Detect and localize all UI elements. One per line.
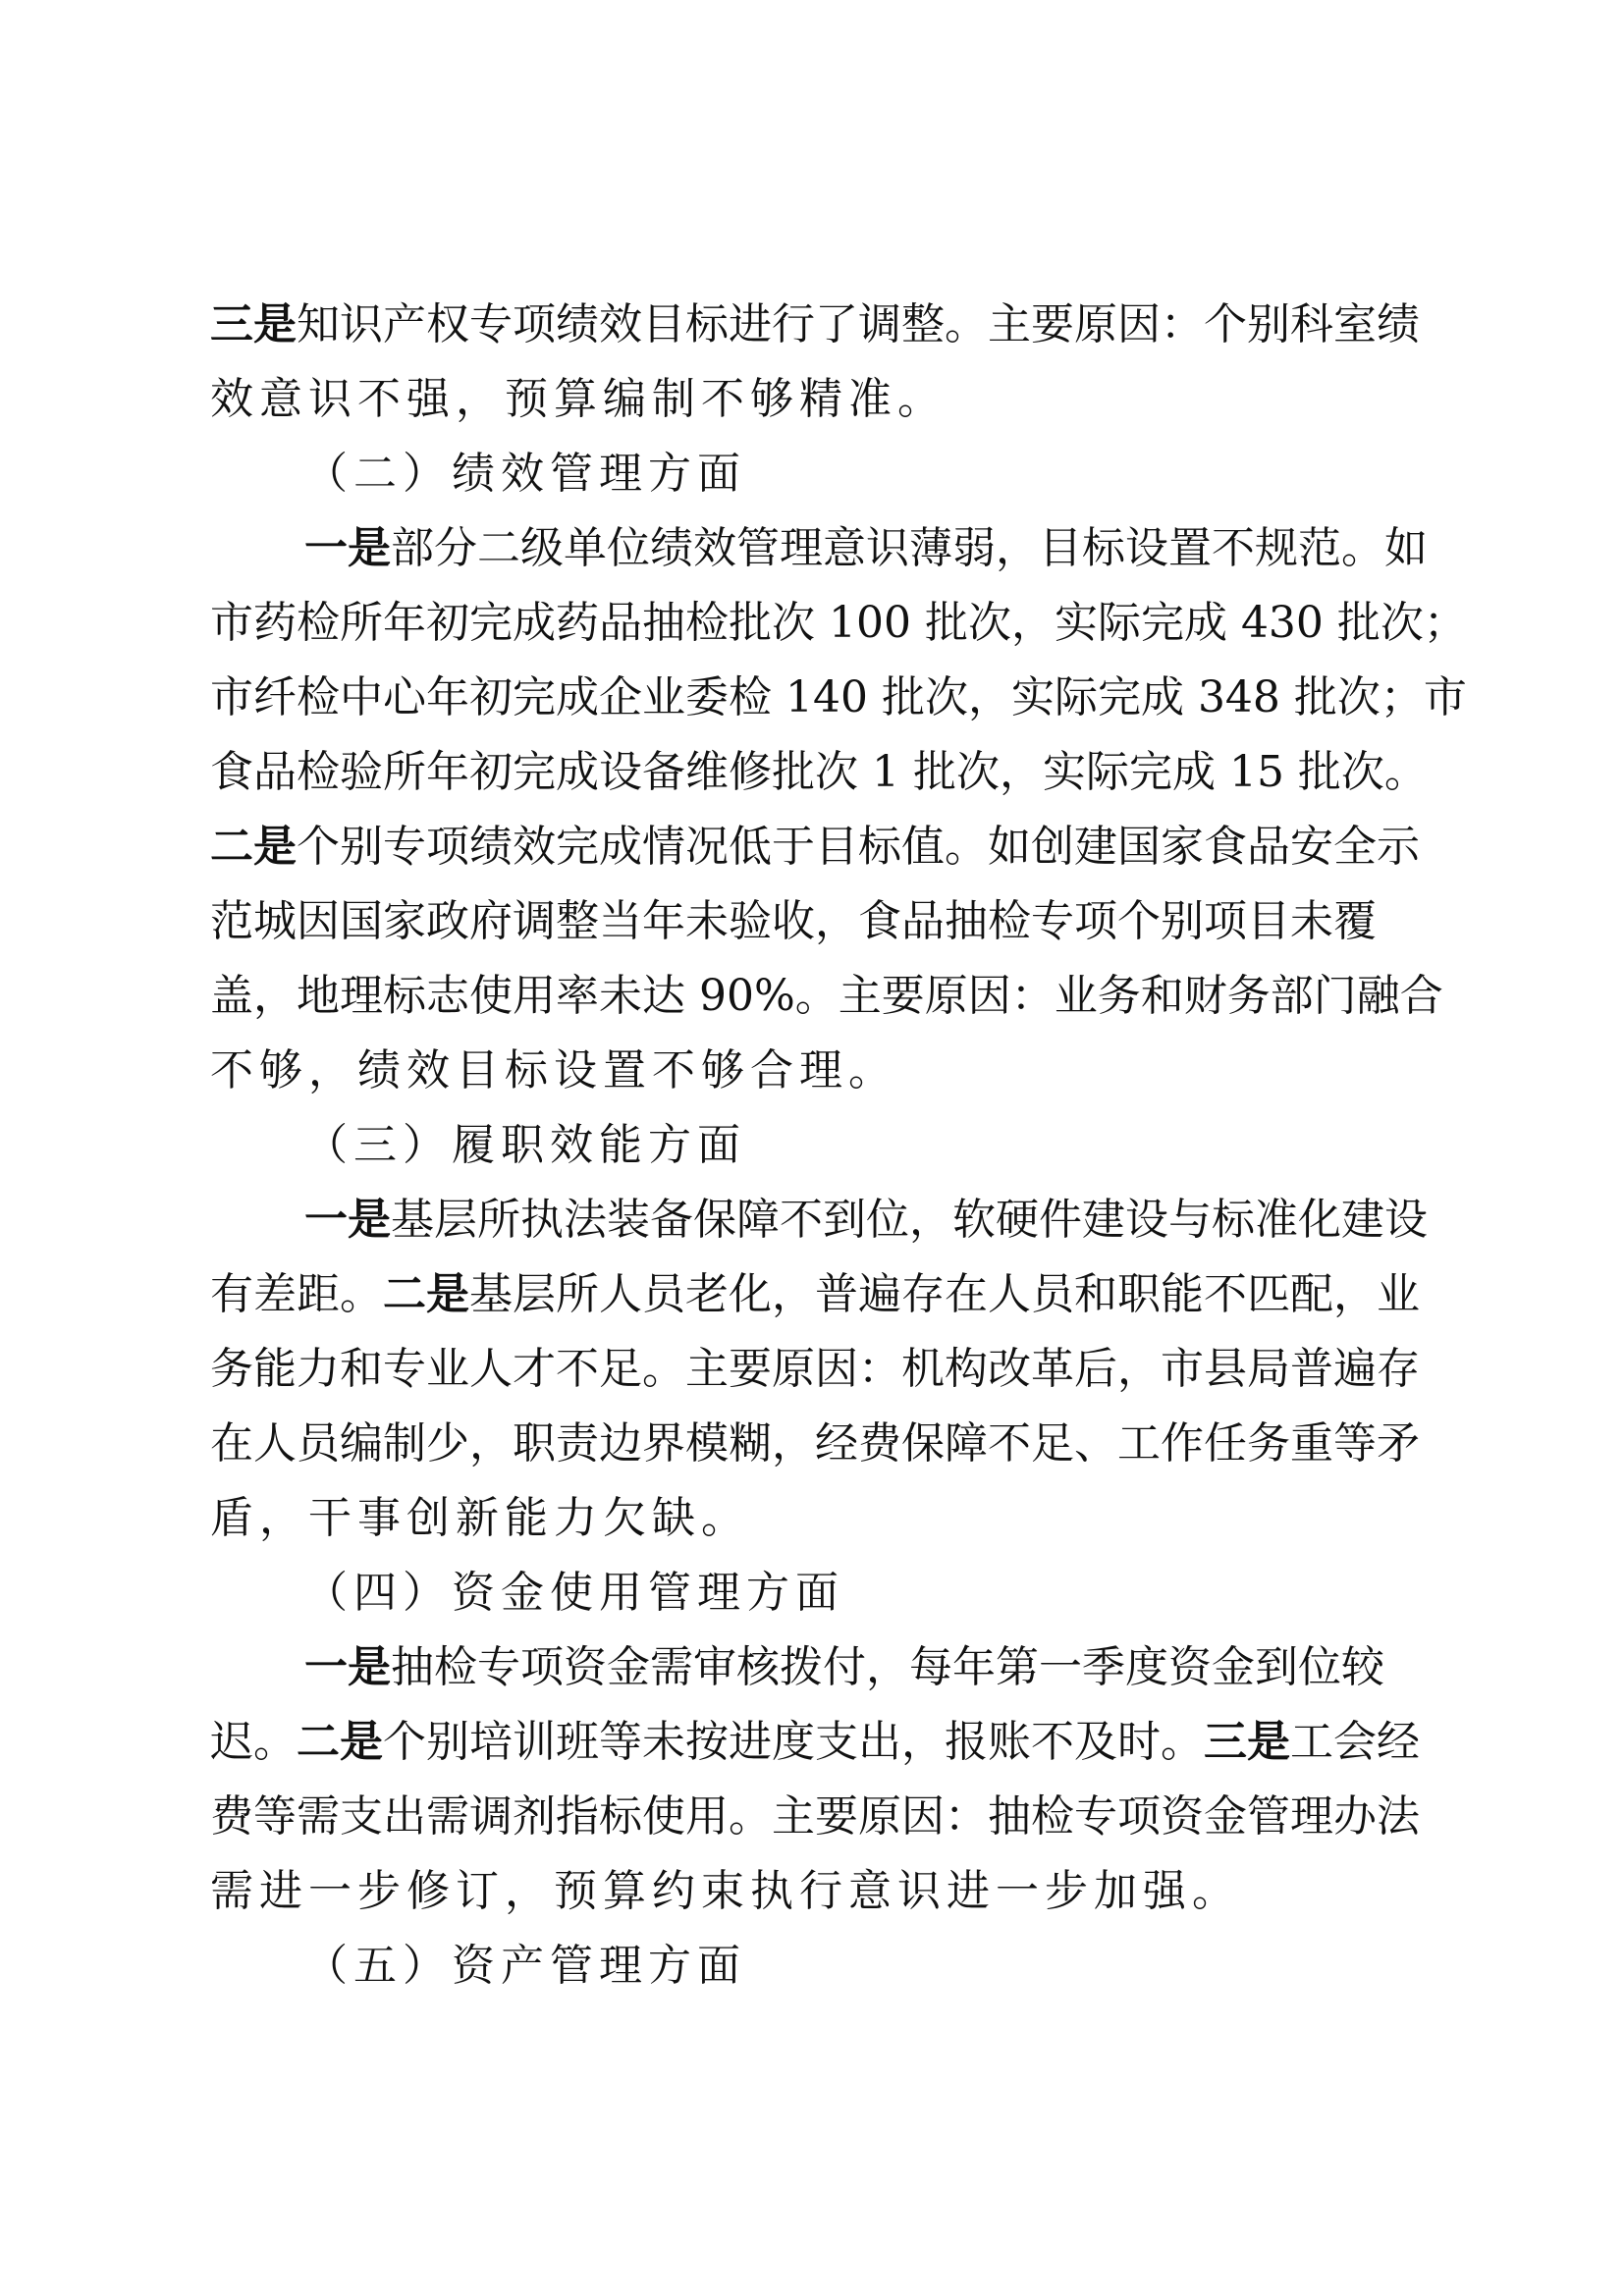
text-segment: 个别培训班等未按进度支出，报账不及时。: [383, 1717, 1204, 1767]
section-heading: （二）绩效管理方面: [210, 437, 1414, 511]
text-segment: （三）履职效能方面: [304, 1120, 746, 1170]
text-segment: 盖，地理标志使用率未达 90%。主要原因：业务和财务部门融合: [210, 971, 1443, 1021]
paragraph-line: 市纤检中心年初完成企业委检 140 批次，实际完成 348 批次；市: [210, 661, 1414, 735]
text-segment: 费等需支出需调剂指标使用。主要原因：抽检专项资金管理办法: [210, 1791, 1420, 1842]
text-segment: （五）资产管理方面: [304, 1941, 746, 1991]
emphasis-label: 二是: [210, 822, 297, 872]
paragraph-line: 一是部分二级单位绩效管理意识薄弱，目标设置不规范。如: [210, 511, 1414, 586]
text-segment: 需进一步修订，预算约束执行意识进一步加强。: [210, 1866, 1241, 1916]
text-segment: （二）绩效管理方面: [304, 449, 746, 499]
emphasis-label: 一是: [304, 1642, 391, 1692]
document-page: 三是知识产权专项绩效目标进行了调整。主要原因：个别科室绩效意识不强，预算编制不够…: [210, 288, 1414, 2003]
paragraph-line: 有差距。二是基层所人员老化，普遍存在人员和职能不匹配，业: [210, 1257, 1414, 1332]
paragraph-line: 范城因国家政府调整当年未验收，食品抽检专项个别项目未覆: [210, 884, 1414, 959]
text-segment: 迟。: [210, 1717, 297, 1767]
text-segment: 效意识不强，预算编制不够精准。: [210, 374, 947, 424]
paragraph-line: 市药检所年初完成药品抽检批次 100 批次，实际完成 430 批次；: [210, 586, 1414, 661]
paragraph-line: 费等需支出需调剂指标使用。主要原因：抽检专项资金管理办法: [210, 1780, 1414, 1854]
paragraph-line: 一是抽检专项资金需审核拨付，每年第一季度资金到位较: [210, 1630, 1414, 1705]
text-segment: 在人员编制少，职责边界模糊，经费保障不足、工作任务重等矛: [210, 1418, 1420, 1468]
text-segment: 盾，干事创新能力欠缺。: [210, 1493, 750, 1543]
text-segment: 个别专项绩效完成情况低于目标值。如创建国家食品安全示: [297, 822, 1420, 872]
text-segment: 基层所人员老化，普遍存在人员和职能不匹配，业: [469, 1269, 1420, 1319]
paragraph-line: 需进一步修订，预算约束执行意识进一步加强。: [210, 1854, 1414, 1929]
paragraph-line: 在人员编制少，职责边界模糊，经费保障不足、工作任务重等矛: [210, 1407, 1414, 1481]
text-segment: 工会经: [1290, 1717, 1420, 1767]
paragraph-line: 盾，干事创新能力欠缺。: [210, 1481, 1414, 1556]
emphasis-label: 一是: [304, 523, 391, 573]
emphasis-label: 一是: [304, 1195, 391, 1245]
paragraph-line: 盖，地理标志使用率未达 90%。主要原因：业务和财务部门融合: [210, 959, 1414, 1034]
section-heading: （三）履职效能方面: [210, 1108, 1414, 1183]
text-segment: 范城因国家政府调整当年未验收，食品抽检专项个别项目未覆: [210, 896, 1377, 946]
paragraph-line: 务能力和专业人才不足。主要原因：机构改革后，市县局普遍存: [210, 1332, 1414, 1407]
emphasis-label: 三是: [1204, 1717, 1290, 1767]
paragraph-line: 二是个别专项绩效完成情况低于目标值。如创建国家食品安全示: [210, 810, 1414, 884]
emphasis-label: 二是: [297, 1717, 383, 1767]
paragraph-line: 效意识不强，预算编制不够精准。: [210, 362, 1414, 437]
text-segment: 不够，绩效目标设置不够合理。: [210, 1045, 897, 1095]
paragraph-line: 迟。二是个别培训班等未按进度支出，报账不及时。三是工会经: [210, 1705, 1414, 1780]
emphasis-label: 三是: [210, 299, 297, 349]
emphasis-label: 二是: [383, 1269, 469, 1319]
text-segment: 抽检专项资金需审核拨付，每年第一季度资金到位较: [391, 1642, 1384, 1692]
section-heading: （四）资金使用管理方面: [210, 1556, 1414, 1630]
section-heading: （五）资产管理方面: [210, 1929, 1414, 2003]
paragraph-line: 食品检验所年初完成设备维修批次 1 批次，实际完成 15 批次。: [210, 735, 1414, 810]
text-segment: 有差距。: [210, 1269, 383, 1319]
paragraph-line: 一是基层所执法装备保障不到位，软硬件建设与标准化建设: [210, 1183, 1414, 1257]
text-segment: 务能力和专业人才不足。主要原因：机构改革后，市县局普遍存: [210, 1344, 1420, 1394]
text-segment: （四）资金使用管理方面: [304, 1568, 844, 1618]
text-segment: 部分二级单位绩效管理意识薄弱，目标设置不规范。如: [391, 523, 1428, 573]
text-segment: 知识产权专项绩效目标进行了调整。主要原因：个别科室绩: [297, 299, 1420, 349]
paragraph-line: 三是知识产权专项绩效目标进行了调整。主要原因：个别科室绩: [210, 288, 1414, 362]
text-segment: 食品检验所年初完成设备维修批次 1 批次，实际完成 15 批次。: [210, 747, 1428, 797]
text-segment: 基层所执法装备保障不到位，软硬件建设与标准化建设: [391, 1195, 1428, 1245]
paragraph-line: 不够，绩效目标设置不够合理。: [210, 1034, 1414, 1108]
text-segment: 市药检所年初完成药品抽检批次 100 批次，实际完成 430 批次；: [210, 598, 1467, 648]
text-segment: 市纤检中心年初完成企业委检 140 批次，实际完成 348 批次；市: [210, 672, 1467, 722]
